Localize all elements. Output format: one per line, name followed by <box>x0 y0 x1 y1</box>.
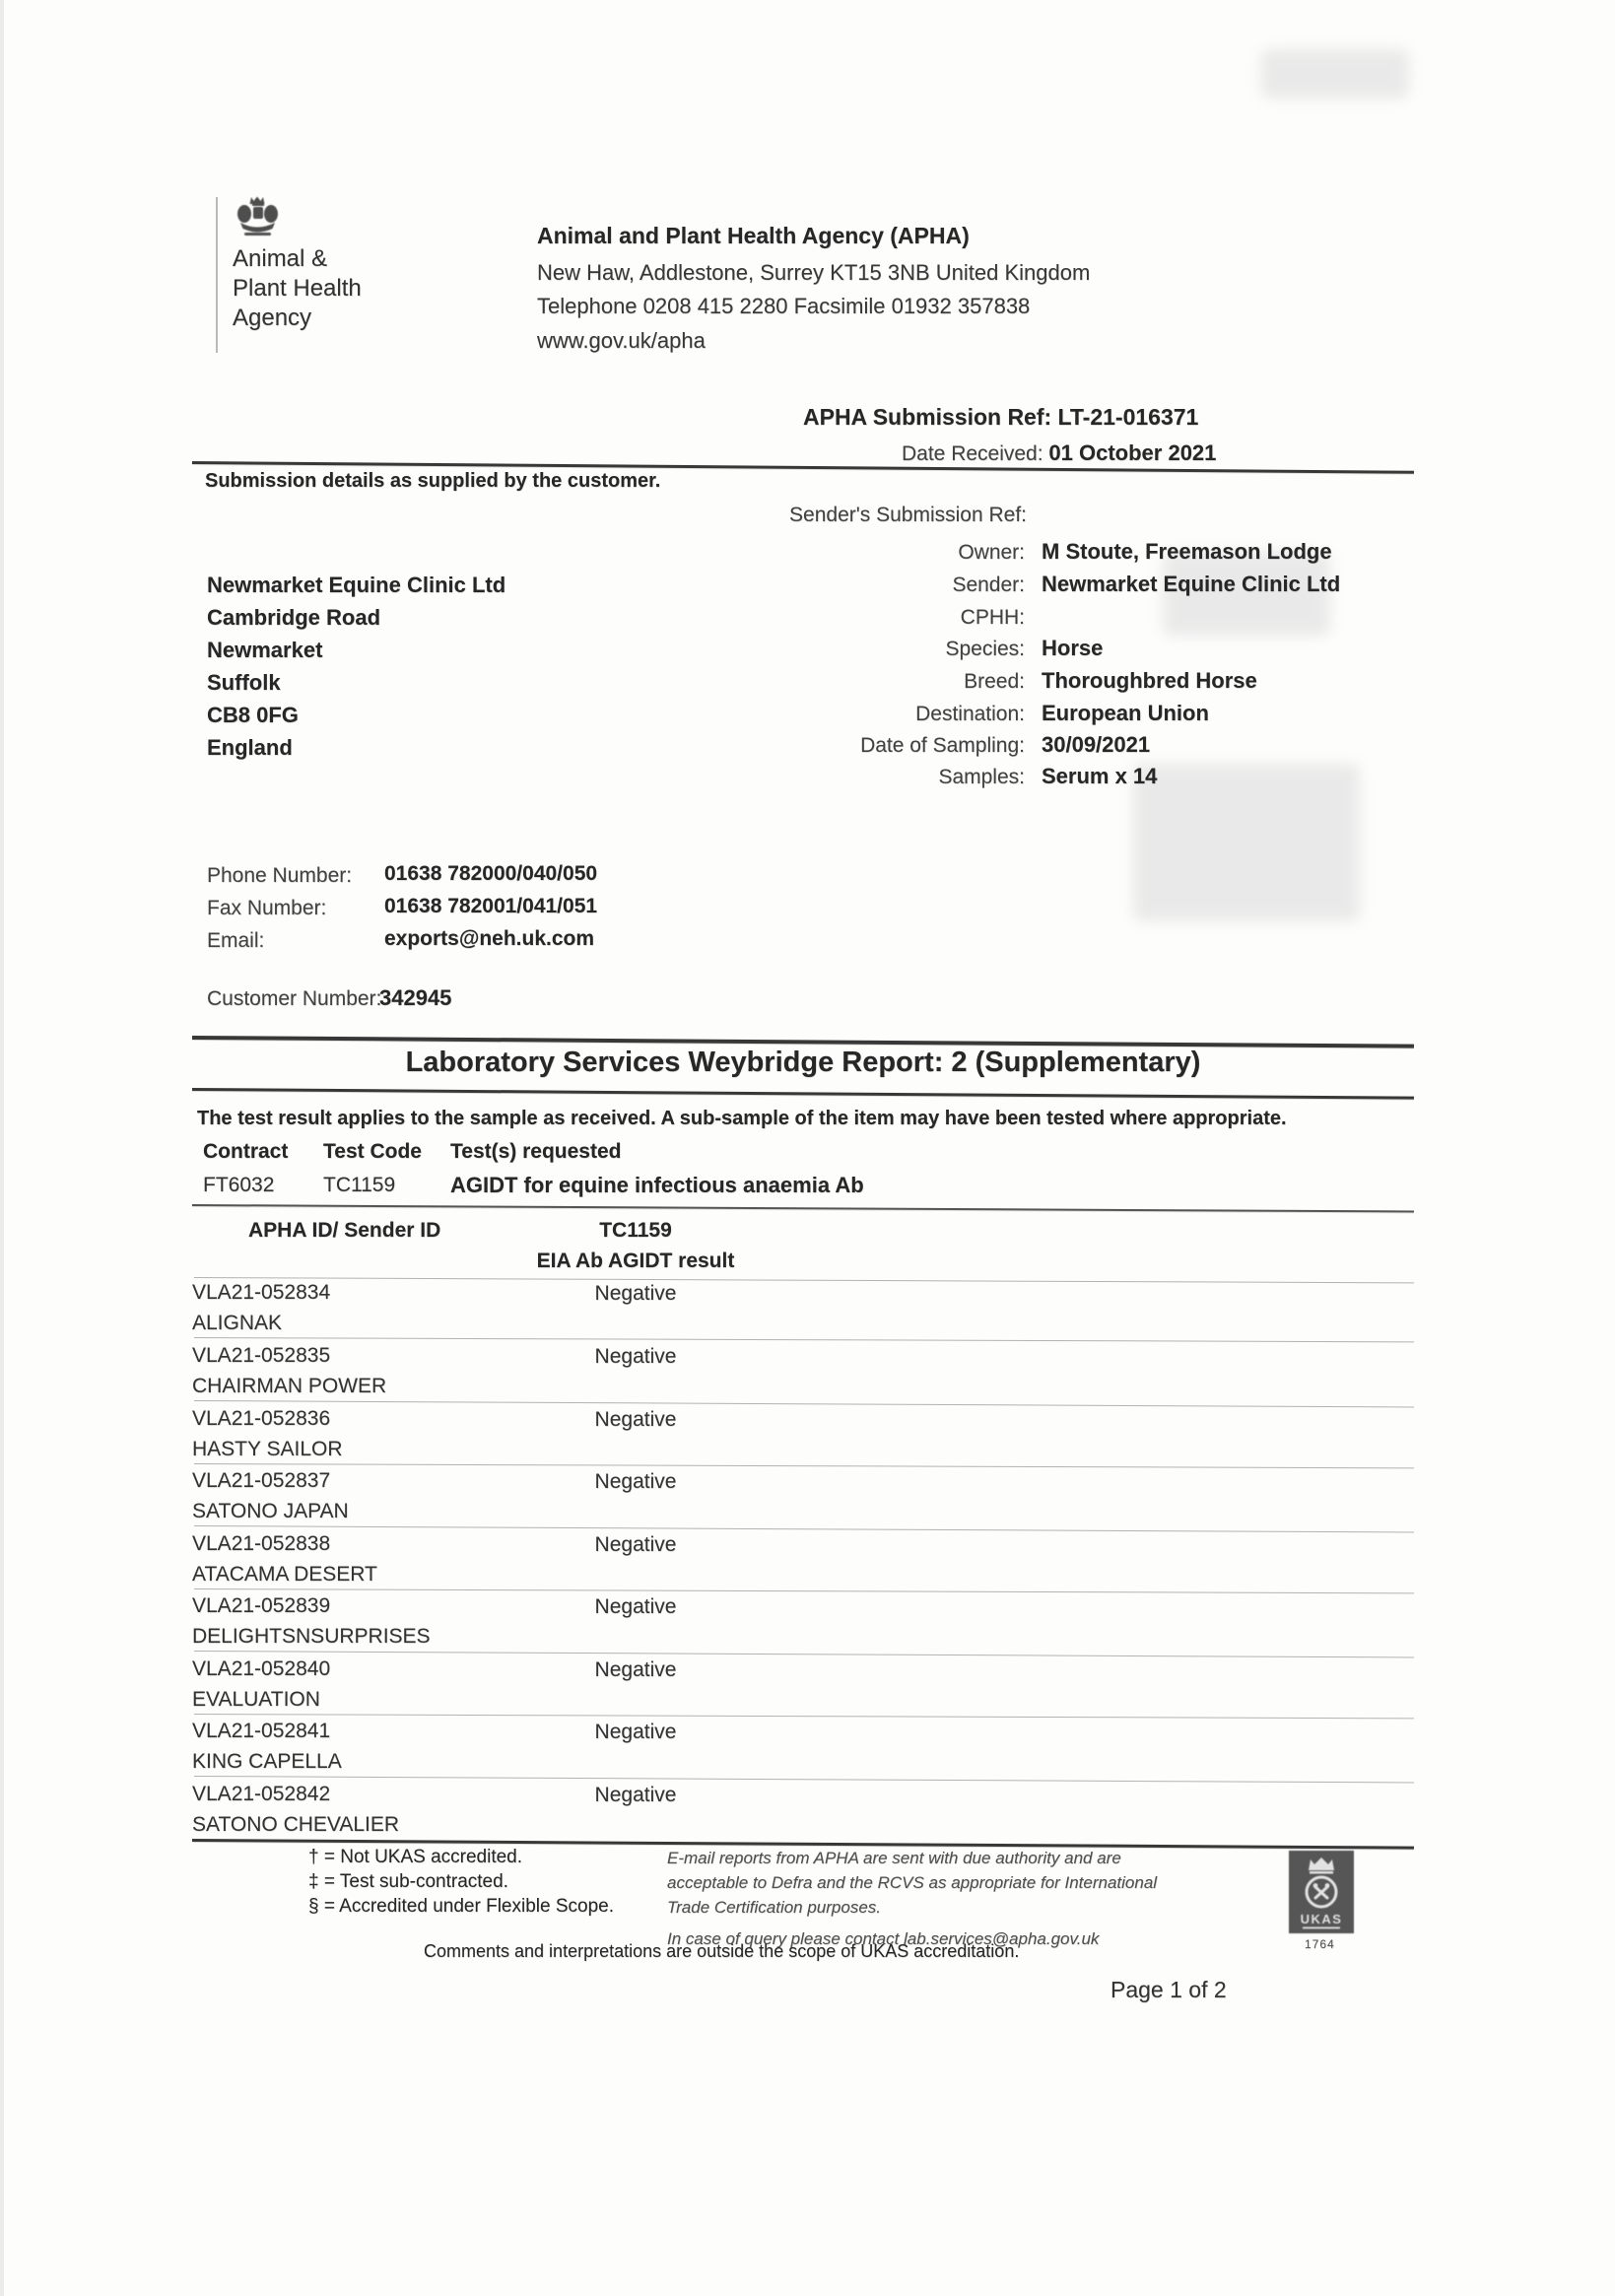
tests-requested-column-header: Test(s) requested <box>450 1140 622 1164</box>
contact-label: Email: <box>207 929 264 953</box>
address-line: Newmarket Equine Clinic Ltd <box>207 569 505 601</box>
sample-id: VLA21-052834 <box>192 1281 330 1305</box>
detail-value: Horse <box>1042 636 1103 661</box>
logo-wordmark-line2: Plant Health <box>233 274 362 304</box>
sample-result: Negative <box>488 1533 783 1557</box>
ukas-number: 1764 <box>1305 1937 1335 1951</box>
sample-name: DELIGHTSNSURPRISES <box>192 1625 431 1649</box>
results-rule-top <box>192 1204 1414 1212</box>
submission-details-heading: Submission details as supplied by the cu… <box>205 470 660 493</box>
sample-result: Negative <box>488 1658 783 1682</box>
document-page: Animal & Plant Health Agency Animal and … <box>0 0 1615 2296</box>
results-id-header: APHA ID/ Sender ID <box>248 1219 440 1243</box>
row-separator <box>194 1277 1414 1283</box>
sample-id: VLA21-052841 <box>192 1720 330 1743</box>
row-separator <box>194 1776 1414 1783</box>
customer-address-block: Newmarket Equine Clinic Ltd Cambridge Ro… <box>207 569 505 764</box>
logo-wordmark-line1: Animal & <box>233 244 362 274</box>
sample-result: Negative <box>488 1408 783 1432</box>
sample-name: KING CAPELLA <box>192 1750 342 1774</box>
scan-artifact <box>1133 764 1360 921</box>
footnote-section: § = Accredited under Flexible Scope. <box>308 1896 614 1918</box>
sample-id: VLA21-052836 <box>192 1407 330 1431</box>
detail-value: 30/09/2021 <box>1042 732 1150 758</box>
customer-number-value: 342945 <box>379 985 451 1011</box>
detail-label: Breed: <box>611 670 1025 694</box>
ukas-accreditation-icon: UKAS <box>1289 1851 1354 1933</box>
email-report-note-line2: acceptable to Defra and the RCVS as appr… <box>667 1873 1157 1893</box>
test-requested-value: AGIDT for equine infectious anaemia Ab <box>450 1173 864 1198</box>
detail-label: Samples: <box>611 766 1025 789</box>
page-number: Page 1 of 2 <box>1110 1977 1227 2003</box>
detail-label: Owner: <box>611 541 1025 565</box>
sample-result: Negative <box>488 1784 783 1807</box>
address-line: England <box>207 731 505 764</box>
sample-name: SATONO CHEVALIER <box>192 1813 399 1837</box>
contract-column-header: Contract <box>203 1140 288 1164</box>
date-received-label: Date Received: <box>902 442 1043 465</box>
sender-submission-ref-label: Sender's Submission Ref: <box>631 504 1027 527</box>
results-name-header: EIA Ab AGIDT result <box>488 1249 783 1273</box>
sample-id: VLA21-052840 <box>192 1657 330 1681</box>
ukas-scope-note: Comments and interpretations are outside… <box>424 1941 1019 1962</box>
ukas-label: UKAS <box>1301 1912 1343 1926</box>
org-phone-fax: Telephone 0208 415 2280 Facsimile 01932 … <box>537 294 1030 319</box>
customer-number-label: Customer Number: <box>207 987 381 1011</box>
sample-result: Negative <box>488 1470 783 1494</box>
contact-value: 01638 782001/041/051 <box>384 895 597 918</box>
contact-value: exports@neh.uk.com <box>384 927 594 951</box>
test-code-value: TC1159 <box>323 1174 395 1197</box>
row-separator <box>194 1525 1414 1532</box>
scan-artifact <box>1261 49 1409 99</box>
contact-label: Phone Number: <box>207 864 352 888</box>
scan-edge <box>0 0 4 2296</box>
sample-name: ATACAMA DESERT <box>192 1563 377 1587</box>
sample-name: EVALUATION <box>192 1688 320 1712</box>
address-line: Cambridge Road <box>207 601 505 634</box>
row-separator <box>194 1714 1414 1719</box>
org-website: www.gov.uk/apha <box>537 328 706 354</box>
test-code-column-header: Test Code <box>323 1140 422 1164</box>
report-title: Laboratory Services Weybridge Report: 2 … <box>192 1047 1414 1079</box>
title-rule-bottom <box>192 1088 1414 1100</box>
logo-wordmark-line3: Agency <box>233 304 362 333</box>
sample-result: Negative <box>488 1345 783 1369</box>
detail-label: Date of Sampling: <box>611 734 1025 758</box>
row-separator <box>194 1463 1414 1468</box>
sample-id: VLA21-052838 <box>192 1532 330 1556</box>
detail-label: Species: <box>611 638 1025 661</box>
apha-submission-ref: APHA Submission Ref: LT-21-016371 <box>803 404 1198 431</box>
address-line: Suffolk <box>207 666 505 699</box>
footnote-double-dagger: ‡ = Test sub-contracted. <box>308 1871 508 1893</box>
royal-crest-icon <box>233 195 282 238</box>
email-report-note-line3: Trade Certification purposes. <box>667 1898 881 1918</box>
detail-value: M Stoute, Freemason Lodge <box>1042 539 1332 565</box>
detail-value: Serum x 14 <box>1042 764 1157 789</box>
sample-result: Negative <box>488 1595 783 1619</box>
sample-name: ALIGNAK <box>192 1312 282 1335</box>
contact-value: 01638 782000/040/050 <box>384 862 597 886</box>
address-line: Newmarket <box>207 634 505 666</box>
sample-id: VLA21-052842 <box>192 1783 330 1806</box>
sample-id: VLA21-052839 <box>192 1594 330 1618</box>
detail-label: Destination: <box>611 703 1025 726</box>
contract-value: FT6032 <box>203 1174 274 1197</box>
results-code-header: TC1159 <box>488 1219 783 1243</box>
row-separator <box>194 1588 1414 1593</box>
logo-divider <box>216 197 218 353</box>
sample-result: Negative <box>488 1721 783 1744</box>
email-report-note-line1: E-mail reports from APHA are sent with d… <box>667 1849 1121 1868</box>
org-name: Animal and Plant Health Agency (APHA) <box>537 223 970 249</box>
row-separator <box>194 1400 1414 1407</box>
address-line: CB8 0FG <box>207 699 505 731</box>
sample-name: CHAIRMAN POWER <box>192 1375 386 1398</box>
date-received-value: 01 October 2021 <box>1048 440 1216 465</box>
detail-value: Newmarket Equine Clinic Ltd <box>1042 572 1340 597</box>
sample-id: VLA21-052837 <box>192 1469 330 1493</box>
sample-result: Negative <box>488 1282 783 1306</box>
detail-value: European Union <box>1042 701 1209 726</box>
detail-value: Thoroughbred Horse <box>1042 668 1257 694</box>
row-separator <box>194 1651 1414 1657</box>
row-separator <box>194 1337 1414 1342</box>
detail-label: Sender: <box>611 574 1025 597</box>
sample-id: VLA21-052835 <box>192 1344 330 1368</box>
report-note: The test result applies to the sample as… <box>197 1108 1429 1130</box>
sample-name: HASTY SAILOR <box>192 1438 343 1461</box>
footnote-dagger: † = Not UKAS accredited. <box>308 1847 522 1868</box>
sample-name: SATONO JAPAN <box>192 1500 349 1523</box>
org-address: New Haw, Addlestone, Surrey KT15 3NB Uni… <box>537 260 1090 286</box>
contact-label: Fax Number: <box>207 897 326 920</box>
detail-label: CPHH: <box>611 606 1025 630</box>
